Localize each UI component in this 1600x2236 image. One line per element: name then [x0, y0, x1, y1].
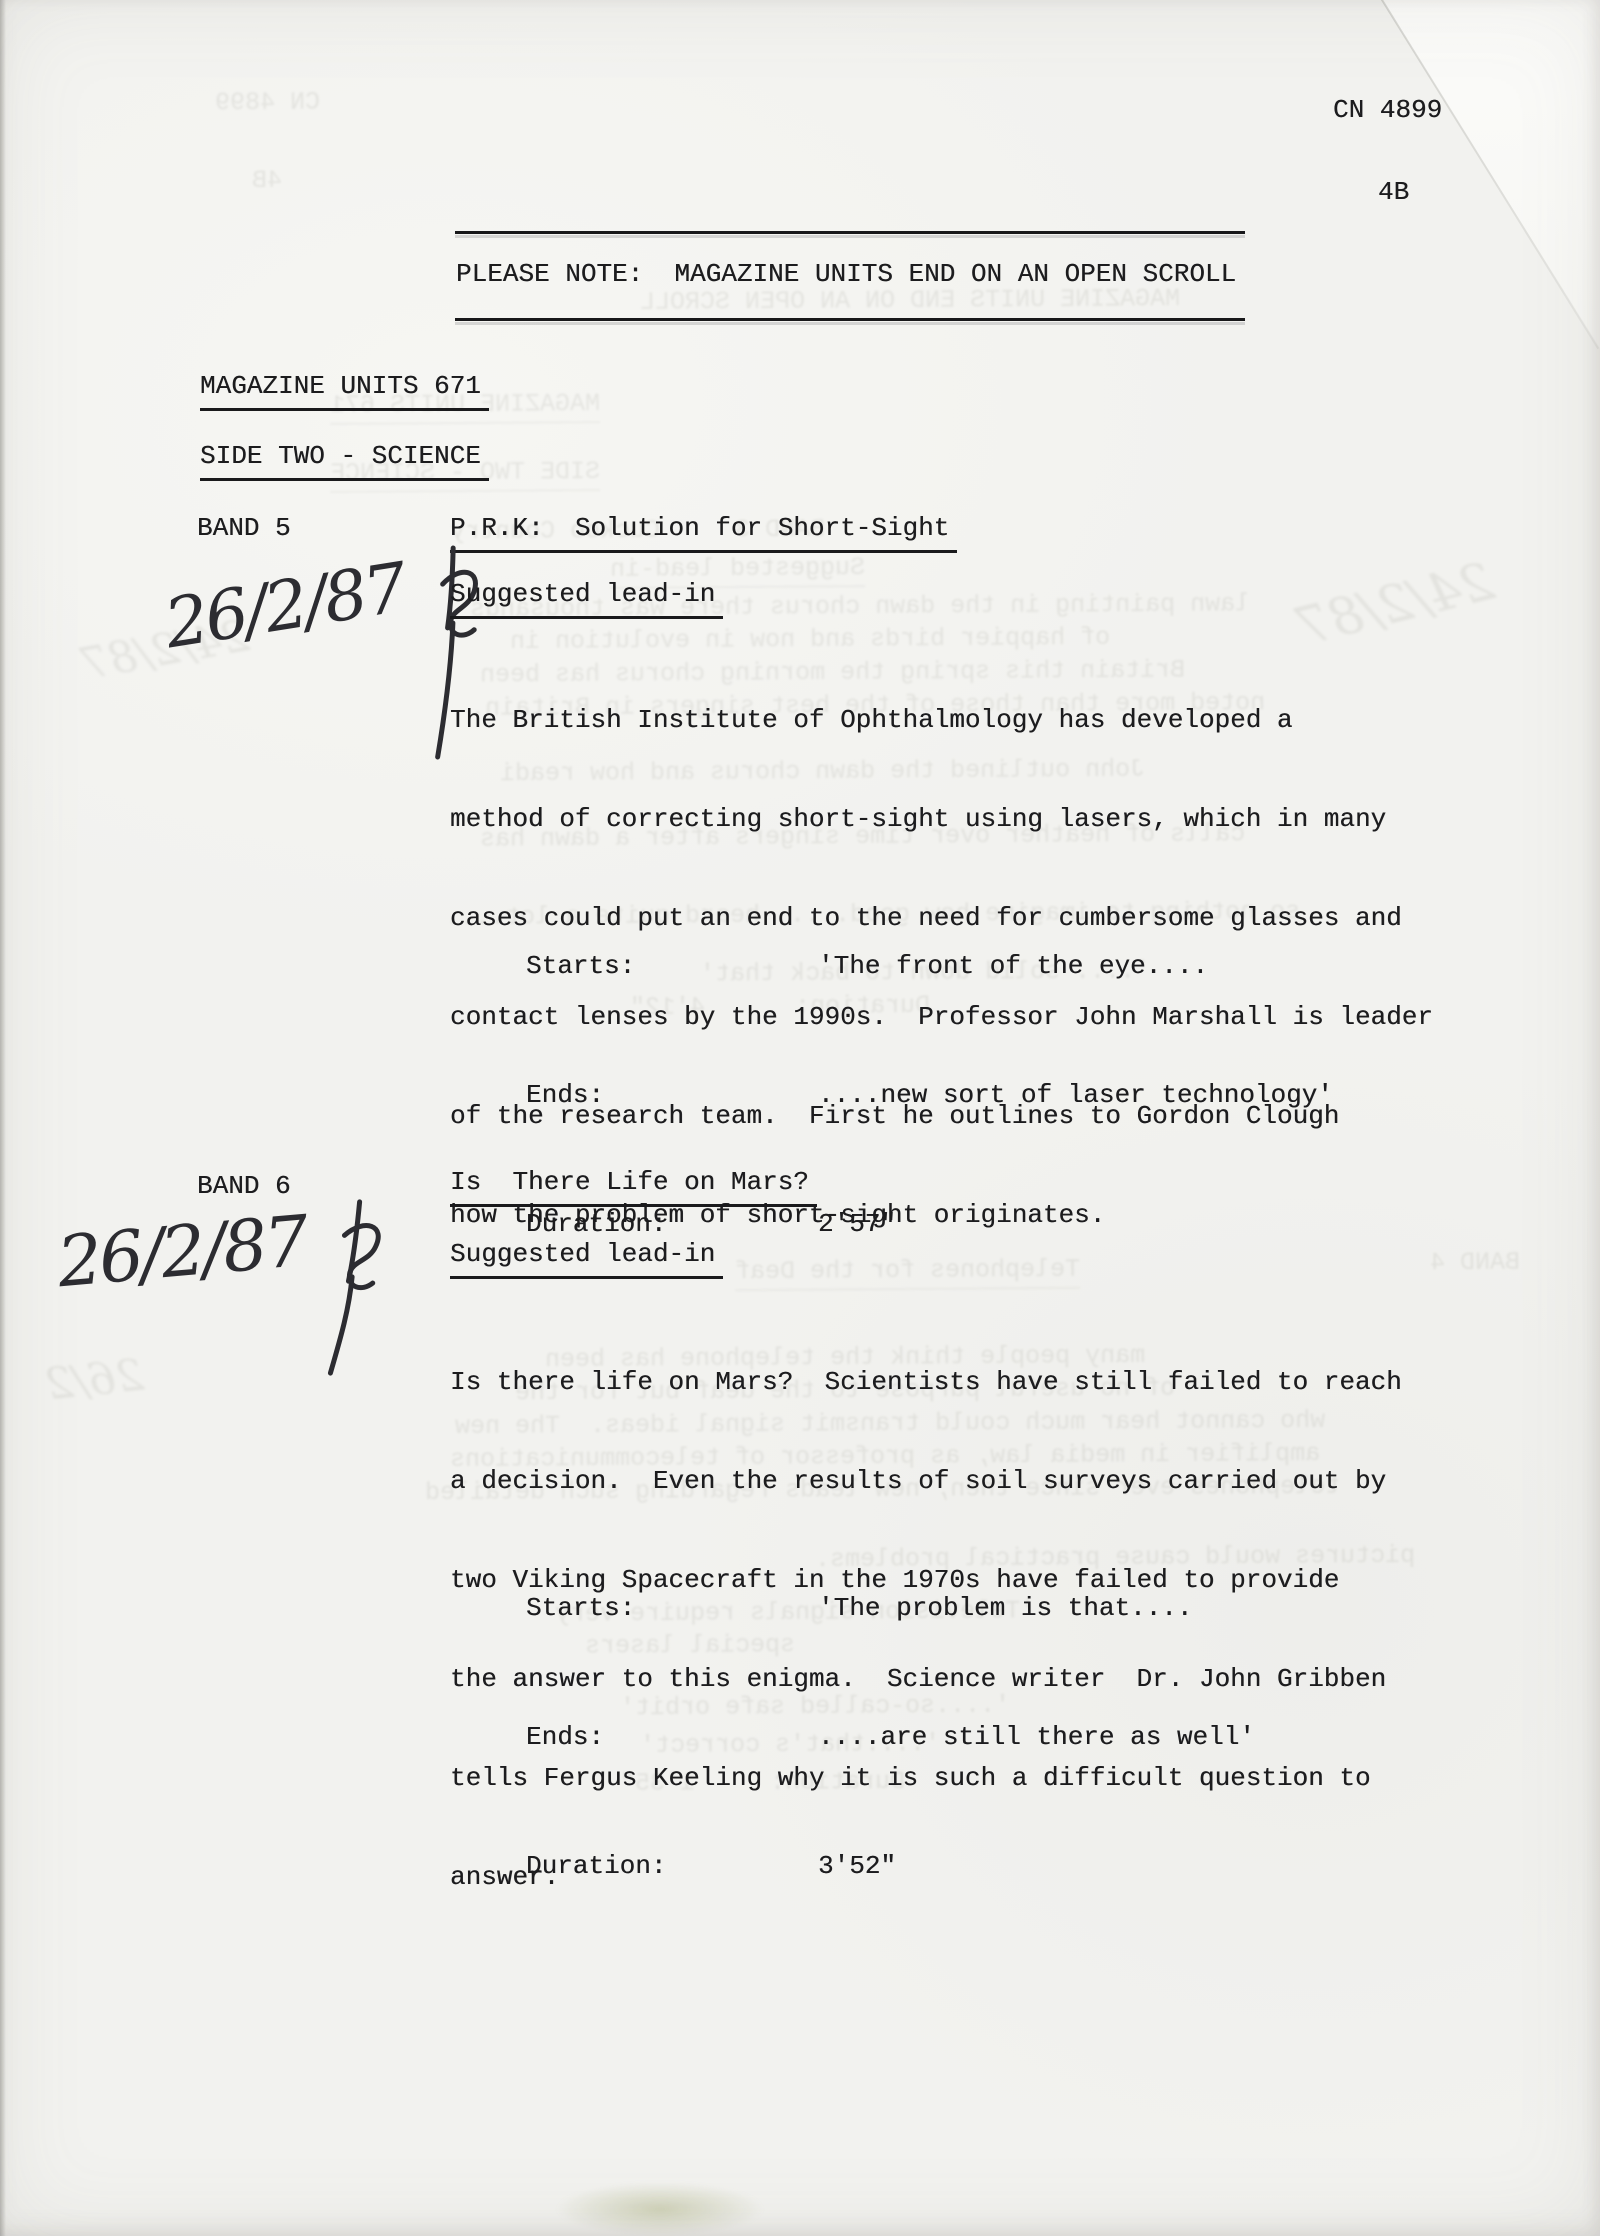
band5-lead-in-heading: Suggested lead-in: [450, 578, 723, 619]
ends-label: Ends:: [526, 1079, 818, 1142]
band5-label: BAND 5: [197, 512, 291, 545]
ends-value: ....are still there as well': [818, 1721, 1255, 1784]
cue-row-starts: Starts: 'The front of the eye....: [526, 950, 1333, 1013]
band6-cue-sheet: Starts: 'The problem is that.... Ends: .…: [526, 1526, 1255, 1979]
doc-ref: CN 4899: [1333, 94, 1442, 127]
paragraph-line: method of correcting short-sight using l…: [450, 803, 1433, 836]
band5-handwritten-date: 26/2/87: [159, 548, 414, 664]
cue-row-starts: Starts: 'The problem is that....: [526, 1592, 1255, 1655]
cue-row-ends: Ends: ....new sort of laser technology': [526, 1079, 1333, 1142]
starts-value: 'The front of the eye....: [818, 950, 1208, 1013]
page-label: 4B: [1378, 176, 1409, 209]
ends-value: ....new sort of laser technology': [818, 1079, 1333, 1142]
paragraph-line: Is there life on Mars? Scientists have s…: [450, 1366, 1402, 1399]
section-subtitle: SIDE TWO - SCIENCE: [200, 440, 489, 481]
bleed-through-line: 4B: [252, 166, 282, 195]
duration-value: 2'57": [818, 1208, 896, 1271]
band6-handwritten-date-annotation: 26/2/87: [49, 1172, 448, 1434]
ink-smudge: [555, 2182, 765, 2236]
band6-lead-in-heading: Suggested lead-in: [450, 1238, 723, 1279]
paragraph-line: a decision. Even the results of soil sur…: [450, 1465, 1402, 1498]
paragraph-line: The British Institute of Ophthalmology h…: [450, 704, 1433, 737]
notice-rule-bottom: [455, 318, 1245, 321]
duration-label: Duration:: [526, 1850, 818, 1913]
starts-label: Starts:: [526, 1592, 818, 1655]
scan-edge-shadow: [0, 0, 6, 2236]
band6-handwritten-date: 26/2/87: [53, 1200, 312, 1304]
scanned-document-page: CN 4899 4B MAGAZINE UNITS END ON AN OPEN…: [0, 0, 1600, 2236]
bleed-through-line: CN 4899: [215, 88, 320, 118]
notice-rule-top: [455, 231, 1245, 234]
duration-value: 3'52": [818, 1850, 896, 1913]
cue-row-ends: Ends: ....are still there as well': [526, 1721, 1255, 1784]
starts-value: 'The problem is that....: [818, 1592, 1192, 1655]
starts-label: Starts:: [526, 950, 818, 1013]
ends-label: Ends:: [526, 1721, 818, 1784]
handwritten-initial-tail: [322, 1277, 360, 1373]
cue-row-duration: Duration: 3'52": [526, 1850, 1255, 1913]
section-title: MAGAZINE UNITS 671: [200, 370, 489, 411]
notice-text: PLEASE NOTE: MAGAZINE UNITS END ON AN OP…: [456, 258, 1236, 291]
bleed-through-line: BAND 4: [1430, 1248, 1520, 1278]
band6-title: Is There Life on Mars?: [450, 1166, 817, 1207]
